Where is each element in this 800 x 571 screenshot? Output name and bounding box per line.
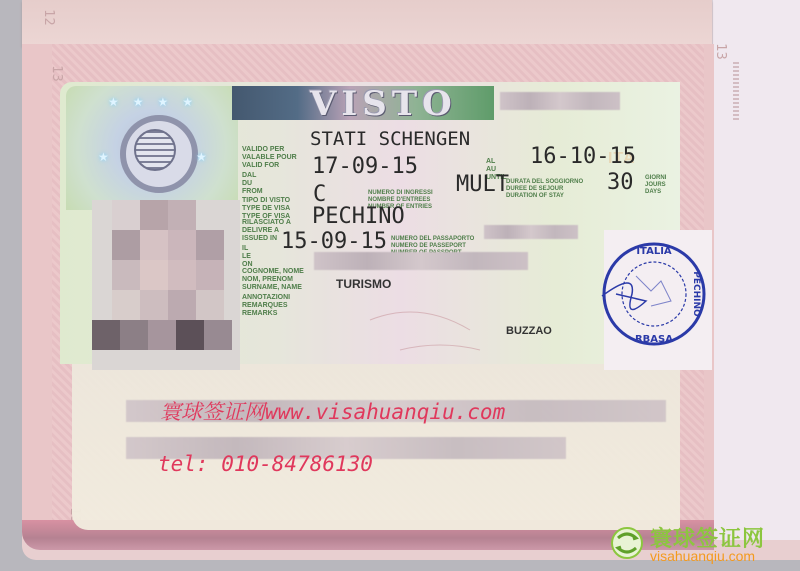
svg-text:ITALIA: ITALIA: [636, 246, 672, 257]
photo-pixelated: [92, 200, 240, 370]
eu-stars-icon: ★★★★: [108, 95, 207, 109]
page-number-top: 12: [41, 9, 56, 26]
redacted-name: [314, 252, 528, 270]
globe-icon: [134, 129, 176, 171]
label-valid-for: VALIDO PER VALABLE POUR VALID FOR: [242, 146, 297, 170]
logo-url: visahuanqiu.com: [650, 548, 755, 564]
label-days: GIORNI JOURS DAYS: [645, 175, 666, 196]
label-type-of-visa: TIPO DI VISTO TYPE DE VISA TYPE OF VISA: [242, 197, 290, 221]
page-number-right: 13: [713, 43, 728, 60]
globe-arrows-icon: [610, 526, 644, 560]
value-until-date: 16-10-15: [530, 144, 636, 169]
value-duration-of-stay: 30: [607, 170, 634, 195]
svg-text:RBASA: RBASA: [635, 334, 673, 345]
page-number-left: 13: [49, 65, 64, 82]
value-from-date: 17-09-15: [312, 154, 418, 179]
label-from: DAL DU FROM: [242, 172, 263, 196]
svg-text:PECHINO: PECHINO: [691, 271, 701, 317]
pencil-marks: [360, 280, 620, 360]
page-caption-right: [733, 62, 739, 122]
label-surname-name: COGNOME, NOME NOM, PRENOM SURNAME, NAME: [242, 268, 304, 292]
star-icon: ★: [98, 150, 109, 164]
value-valid-for: STATI SCHENGEN: [310, 128, 470, 150]
label-on: IL LE ON: [242, 245, 253, 269]
redacted-passport-number: [484, 225, 578, 239]
label-duration-of-stay: DURATA DEL SOGGIORNO DUREE DE SEJOUR DUR…: [506, 179, 583, 200]
value-number-of-entries: MULT: [456, 172, 509, 197]
value-issue-date: 15-09-15: [281, 229, 387, 254]
passport-page-top: [22, 0, 712, 46]
visa-header: VISTO: [310, 84, 457, 124]
watermark-line1: 寰球签证网www.visahuanqiu.com: [160, 396, 505, 426]
star-icon: ★: [196, 150, 207, 164]
redacted-visa-number: [500, 92, 620, 110]
value-issued-in: PECHINO: [312, 204, 405, 229]
label-remarks: ANNOTAZIONI REMARQUES REMARKS: [242, 294, 290, 318]
watermark-line2: tel: 010-84786130: [158, 452, 373, 476]
passport-page-right: [712, 0, 800, 540]
